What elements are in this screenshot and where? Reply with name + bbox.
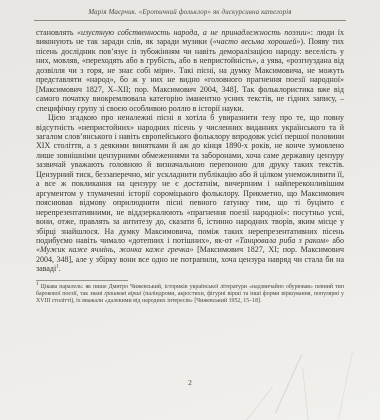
text-run: Цією згадкою про неналежні пісні я хотіл… <box>36 113 344 245</box>
paper-crease <box>302 368 309 420</box>
text-run: або <box>329 236 344 245</box>
running-header: Марія Маєрчик. «Еротичний фольклор» як д… <box>0 0 380 17</box>
paper-crease <box>244 387 273 420</box>
italic-quote: «изустную собственность народа, а не при… <box>77 28 311 37</box>
paragraph-2: Цією згадкою про неналежні пісні я хотіл… <box>36 113 344 274</box>
text-run: . <box>59 264 61 273</box>
song-title-italic: «Мужик каже ячмінь, жонка каже гречка» <box>36 245 193 254</box>
song-title-italic: «Танцювала риба з раком» <box>235 236 329 245</box>
italic-quote: «часто весьма хорошей» <box>213 37 301 46</box>
footnote: 1 Цікава паралель: як пише Дмитро Чижевс… <box>36 284 344 305</box>
footnote-rule <box>36 280 128 281</box>
header-rule <box>34 20 346 21</box>
page-body: становлять «изустную собственность народ… <box>36 28 344 274</box>
footnote-term-italic: ґрашкові вірші <box>104 291 141 297</box>
paragraph-1: становлять «изустную собственность народ… <box>36 28 344 113</box>
page-number: 2 <box>0 378 380 387</box>
scanned-page: Марія Маєрчик. «Еротичний фольклор» як д… <box>0 0 380 420</box>
text-run: ). Появу тих пісень дослідник пов’язує і… <box>36 37 344 112</box>
text-run: становлять <box>36 28 77 37</box>
